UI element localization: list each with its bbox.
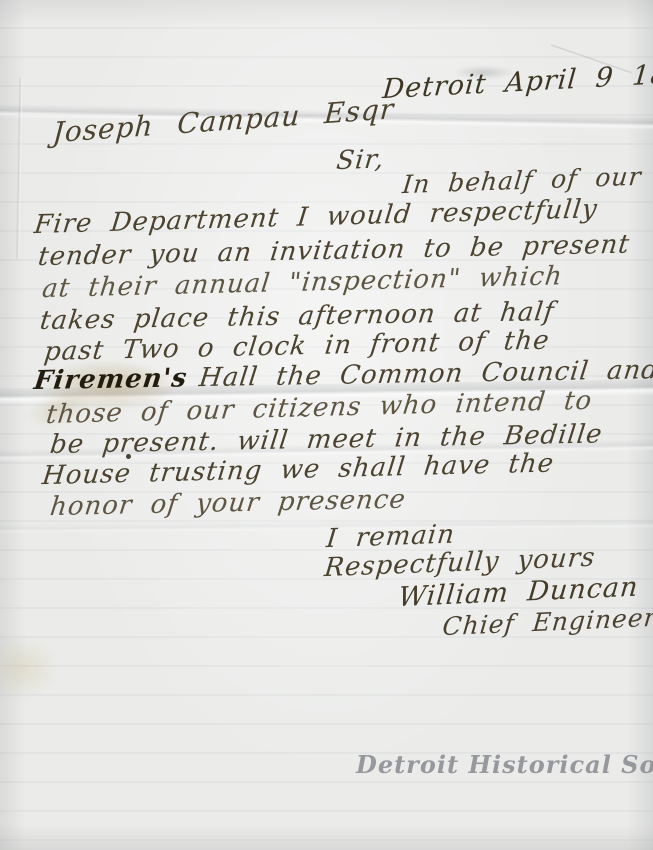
letter-paper: Detroit April 9 1851 Joseph Campau Esqr … [0, 0, 653, 850]
body-line: honor of your presence [48, 485, 407, 523]
salutation-line: Sir, [335, 144, 386, 176]
paper-stain-left [0, 636, 58, 700]
date-line: Detroit April 9 1851 [381, 57, 653, 105]
opening-line: In behalf of our [401, 162, 643, 199]
recipient-line: Joseph Campau Esqr [52, 92, 396, 149]
firemens-word: Firemen's [32, 363, 189, 396]
watermark-text: Detroit Historical Society [356, 750, 653, 779]
fold-crease-left-vertical [15, 78, 23, 258]
